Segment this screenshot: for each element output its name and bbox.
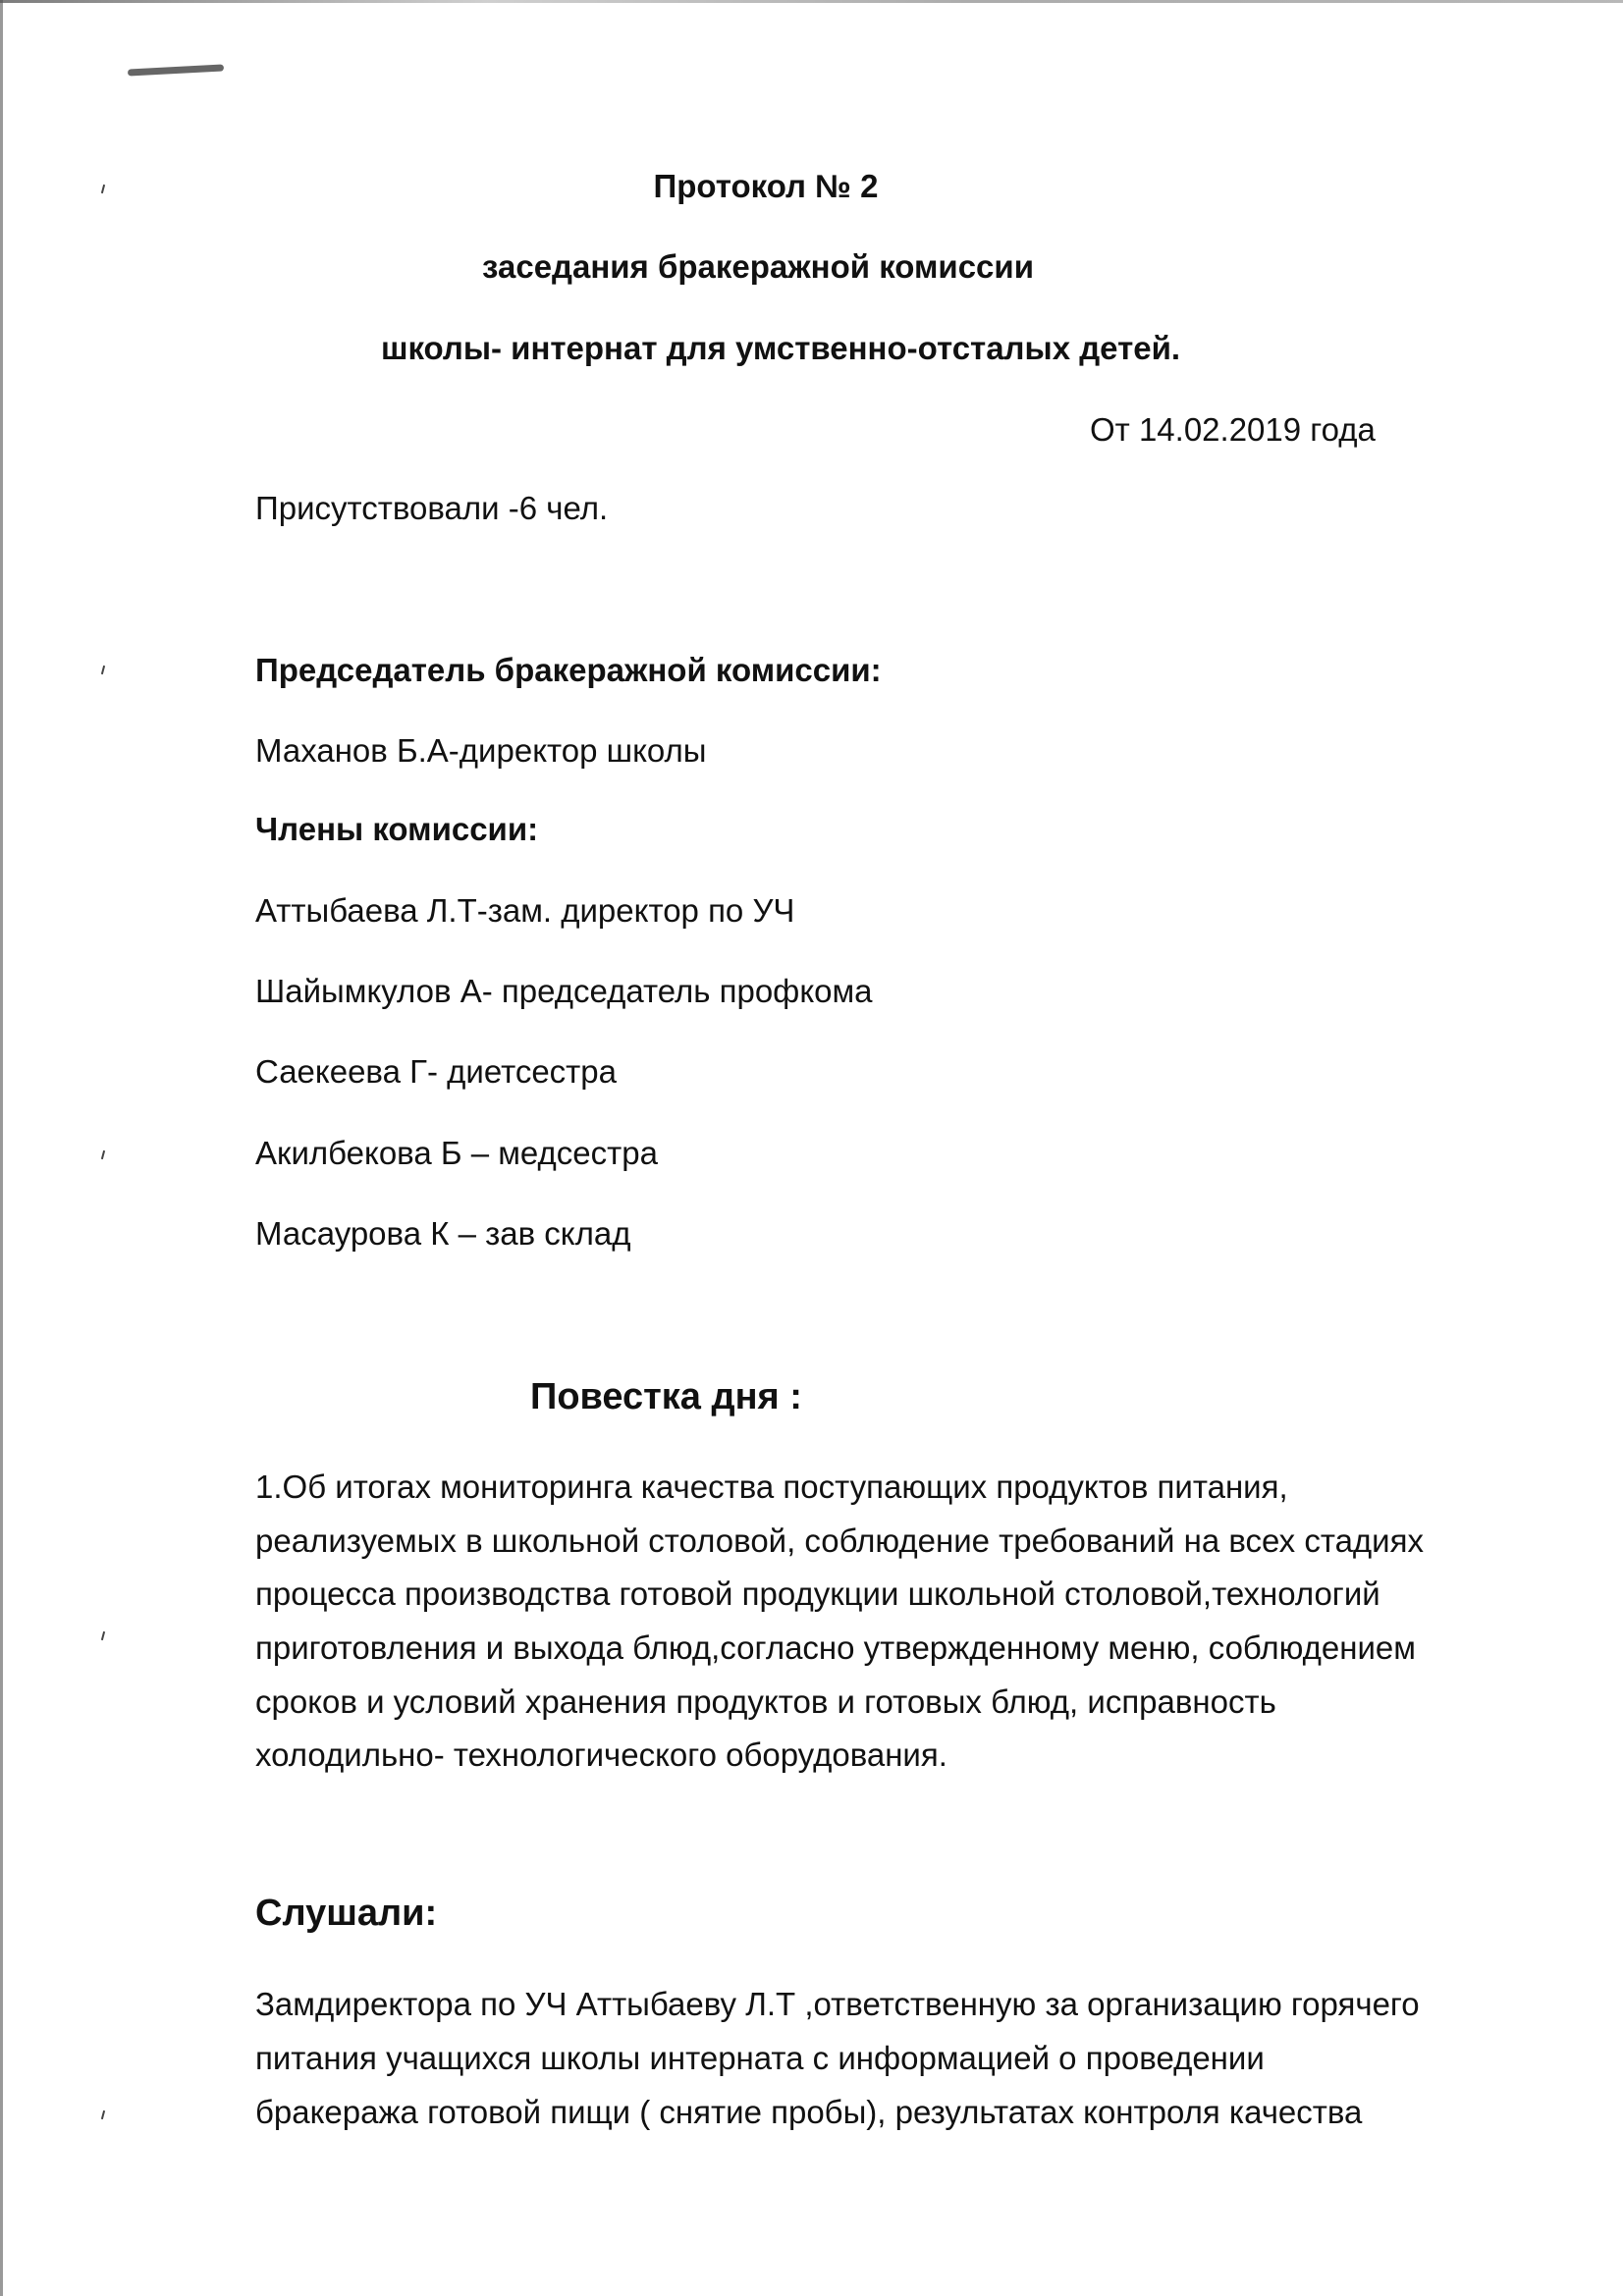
scan-edge-left — [0, 0, 3, 2296]
agenda-heading: Повестка дня : — [530, 1377, 802, 1416]
member-item: Масаурова К – зав склад — [255, 1214, 630, 1254]
heard-line: питания учащихся школы интерната с инфор… — [255, 2039, 1265, 2078]
agenda-line: 1.Об итогах мониторинга качества поступа… — [255, 1468, 1288, 1507]
heard-heading: Слушали: — [255, 1894, 437, 1933]
agenda-line: приготовления и выхода блюд,согласно утв… — [255, 1629, 1416, 1668]
member-item: Саекеева Г- диетсестра — [255, 1052, 617, 1092]
members-heading: Члены комиссии: — [255, 810, 538, 849]
document-title: Протокол № 2 — [654, 167, 879, 206]
margin-mark — [101, 185, 105, 193]
document-subtitle: заседания бракеражной комиссии — [482, 247, 1034, 287]
member-item: Аттыбаева Л.Т-зам. директор по УЧ — [255, 891, 794, 931]
member-item: Акилбекова Б – медсестра — [255, 1134, 658, 1173]
margin-mark — [101, 2110, 105, 2119]
heard-line: бракеража готовой пищи ( снятие пробы), … — [255, 2093, 1362, 2132]
attendance-count: Присутствовали -6 чел. — [255, 489, 608, 528]
agenda-line: реализуемых в школьной столовой, соблюде… — [255, 1522, 1424, 1561]
chairman-heading: Председатель бракеражной комиссии: — [255, 651, 882, 690]
member-item: Шайымкулов А- председатель профкома — [255, 972, 873, 1011]
document-date: От 14.02.2019 года — [1090, 410, 1376, 450]
margin-mark — [101, 1631, 105, 1640]
agenda-line: процесса производства готовой продукции … — [255, 1575, 1380, 1614]
margin-mark — [101, 666, 105, 674]
heard-line: Замдиректора по УЧ Аттыбаеву Л.Т ,ответс… — [255, 1985, 1420, 2024]
agenda-line: сроков и условий хранения продуктов и го… — [255, 1682, 1276, 1722]
chairman-name: Маханов Б.А-директор школы — [255, 731, 707, 771]
document-subtitle: школы- интернат для умственно-отсталых д… — [381, 329, 1180, 368]
scan-edge-top — [0, 0, 1623, 3]
pen-mark — [128, 64, 224, 76]
agenda-line: холодильно- технологического оборудовани… — [255, 1735, 947, 1775]
margin-mark — [101, 1150, 105, 1159]
